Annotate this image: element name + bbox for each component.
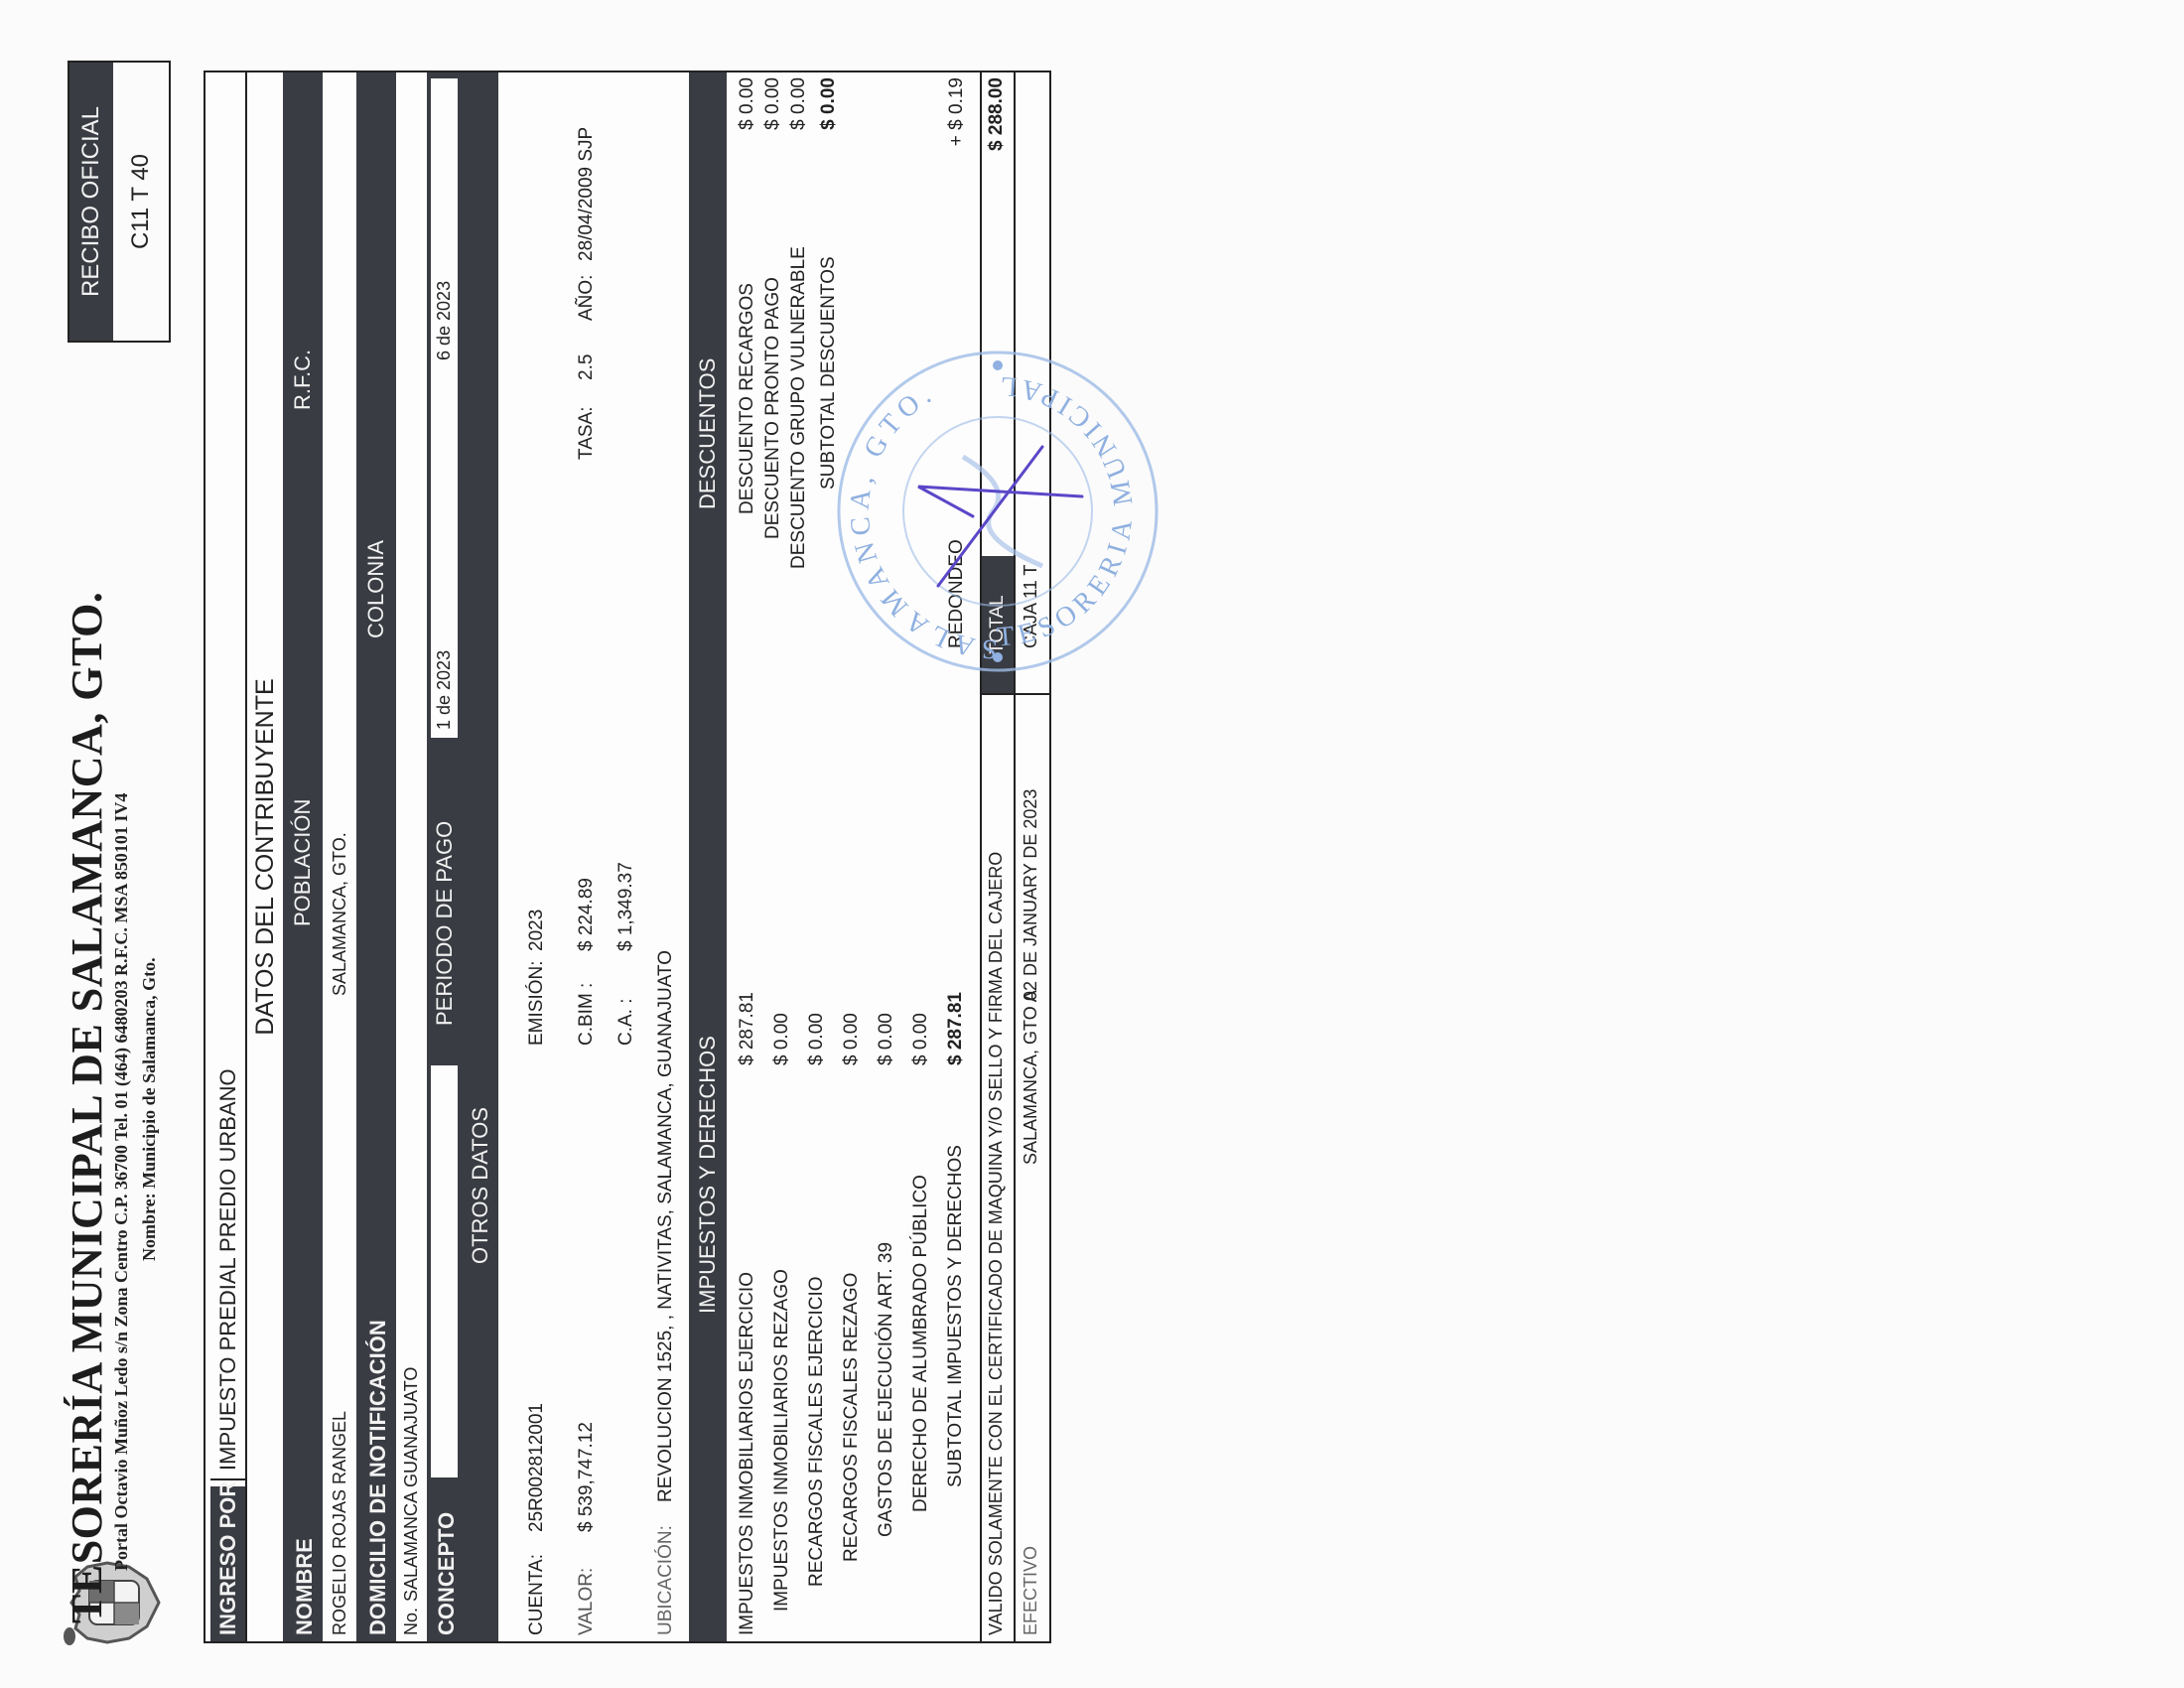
domicilio-value: SALAMANCA GUANAJUATO <box>396 1367 427 1602</box>
ca-label: C.A. : <box>615 998 637 1046</box>
descuento-item-label: DESCUENTO PRONTO PAGO <box>762 277 784 539</box>
impuesto-item-amount: $ 0.00 <box>841 926 863 1065</box>
otros-datos-body: CUENTA: 25R002812001 EMISIÓN: 2023 VALOR… <box>498 72 687 1641</box>
ingreso-value: IMPUESTO PREDIAL PREDIO URBANO <box>210 72 246 1480</box>
periodo-desde: 1 de 2023 <box>431 650 458 730</box>
issuer-name-line: Nombre: Municipio de Salamanca, Gto. <box>139 957 160 1261</box>
section-bar: IMPUESTOS Y DERECHOS DESCUENTOS <box>689 72 727 1641</box>
emision-value: 2023 <box>526 910 548 951</box>
receipt-number: C11 T 40 <box>113 63 169 341</box>
cbim-value: $ 224.89 <box>576 878 598 951</box>
descuento-item-amount: $ 0.00 <box>762 77 784 216</box>
receipt-number-box: RECIBO OFICIAL C11 T 40 <box>68 61 171 343</box>
contribuyente-title: DATOS DEL CONTRIBUYENTE <box>251 678 279 1035</box>
ano-value: 28/04/2009 SJP <box>576 127 598 261</box>
valor-label: VALOR: <box>576 1568 598 1635</box>
ca-value: $ 1,349.37 <box>615 862 637 951</box>
ubicacion-value: REVOLUCION 1525, , NATIVITAS, SALAMANCA,… <box>655 950 677 1502</box>
contribuyente-header-row: NOMBRE POBLACIÓN R.F.C. <box>283 72 323 1641</box>
total-amount: $ 288.00 <box>986 77 1008 216</box>
periodo-values: 1 de 2023 6 de 2023 <box>431 78 458 738</box>
descuento-item-label: DESCUENTO GRUPO VULNERABLE <box>788 246 810 569</box>
periodo-hasta: 6 de 2023 <box>431 281 458 360</box>
descuento-item-label: DESCUENTO RECARGOS <box>737 283 758 514</box>
domicilio-values-row: No. SALAMANCA GUANAJUATO <box>396 72 427 1641</box>
payment-method: EFECTIVO <box>1021 1546 1041 1635</box>
stamp-text-bottom: TESORERIA MUNICIPAL <box>994 370 1140 653</box>
ano-label: AÑO: <box>576 275 598 321</box>
receipt-page: TESORERÍA MUNICIPAL DE SALAMANCA, GTO. P… <box>0 0 2184 1688</box>
impuesto-item-amount: $ 0.00 <box>910 926 932 1065</box>
nombre-value: ROGELIO ROJAS RANGEL <box>323 1411 356 1635</box>
impuestos-subtotal-label: SUBTOTAL IMPUESTOS Y DERECHOS <box>945 1145 967 1487</box>
periodo-label: PERIODO DE PAGO <box>427 821 462 1026</box>
impuesto-item-label: IMPUESTOS INMOBILIARIOS REZAGO <box>771 1269 793 1612</box>
concepto-value <box>431 1065 458 1477</box>
nombre-label: NOMBRE <box>283 1538 323 1635</box>
cbim-label: C.BIM : <box>576 983 598 1046</box>
impuestos-title: IMPUESTOS Y DERECHOS <box>689 1036 727 1314</box>
issue-date: 02 DE JANUARY DE 2023 <box>1021 789 1041 1001</box>
descuento-item-amount: $ 0.00 <box>737 77 758 216</box>
valor-value: $ 539,747.12 <box>576 1422 598 1532</box>
impuesto-item-amount: $ 0.00 <box>876 926 897 1065</box>
tasa-value: 2.5 <box>576 354 598 380</box>
issue-place: SALAMANCA, GTO A <box>1021 990 1041 1165</box>
descuento-item-amount: $ 0.00 <box>788 77 810 216</box>
ingreso-label: INGRESO POR <box>210 1486 246 1641</box>
poblacion-label: POBLACIÓN <box>283 799 323 926</box>
descuentos-subtotal-amount: $ 0.00 <box>818 77 840 216</box>
impuesto-item-label: IMPUESTOS INMOBILIARIOS EJERCICIO <box>737 1272 758 1635</box>
concepto-label: CONCEPTO <box>427 1512 462 1635</box>
domicilio-no-label: No. <box>396 1608 427 1635</box>
impuesto-item-amount: $ 287.81 <box>737 926 758 1065</box>
emision-label: EMISIÓN: <box>526 960 548 1046</box>
ubicacion-label: UBICACIÓN: <box>655 1525 677 1635</box>
concepto-row: CONCEPTO PERIODO DE PAGO 1 de 2023 6 de … <box>427 72 462 1641</box>
impuesto-item-label: RECARGOS FISCALES REZAGO <box>841 1273 863 1562</box>
impuesto-item-amount: $ 0.00 <box>771 926 793 1065</box>
cuenta-value: 25R002812001 <box>526 1403 548 1532</box>
contribuyente-title-row: DATOS DEL CONTRIBUYENTE <box>247 72 283 1641</box>
cuenta-label: CUENTA: <box>526 1554 548 1635</box>
validity-note: VALIDO SOLAMENTE CON EL CERTIFICADO DE M… <box>986 852 1007 1635</box>
impuestos-subtotal-amount: $ 287.81 <box>945 926 967 1065</box>
svg-text:TESORERIA MUNICIPAL: TESORERIA MUNICIPAL <box>994 370 1140 653</box>
impuesto-item-label: GASTOS DE EJECUCIÓN ART. 39 <box>876 1242 897 1537</box>
issuer-address: Portal Octavio Muñoz Ledo s/n Zona Centr… <box>111 793 132 1571</box>
rfc-label: R.F.C. <box>283 350 323 410</box>
colonia-label: COLONIA <box>356 540 396 638</box>
descuentos-title: DESCUENTOS <box>689 358 727 509</box>
redondeo-amount: + $ 0.19 <box>946 77 968 216</box>
tasa-label: TASA: <box>576 407 598 461</box>
treasury-seal-stamp-icon: SALAMANCA, GTO. TESORERIA MUNICIPAL <box>824 338 1171 685</box>
impuesto-item-label: RECARGOS FISCALES EJERCICIO <box>806 1276 828 1587</box>
domicilio-header-row: DOMICILIO DE NOTIFICACIÓN COLONIA <box>356 72 396 1641</box>
receipt-table: INGRESO POR IMPUESTO PREDIAL PREDIO URBA… <box>204 70 1051 1643</box>
impuesto-item-amount: $ 0.00 <box>806 926 828 1065</box>
issuer-title: TESORERÍA MUNICIPAL DE SALAMANCA, GTO. <box>62 592 112 1623</box>
domicilio-label: DOMICILIO DE NOTIFICACIÓN <box>356 1320 396 1635</box>
poblacion-value: SALAMANCA, GTO. <box>323 832 356 996</box>
otros-datos-header: OTROS DATOS <box>462 72 498 1641</box>
contribuyente-values-row: ROGELIO ROJAS RANGEL SALAMANCA, GTO. <box>323 72 356 1641</box>
signature-mark <box>918 447 1082 586</box>
impuesto-item-label: DERECHO DE ALUMBRADO PÚBLICO <box>910 1175 932 1512</box>
receipt-label: RECIBO OFICIAL <box>69 63 113 341</box>
ingreso-row: INGRESO POR IMPUESTO PREDIAL PREDIO URBA… <box>210 72 246 1641</box>
otros-datos-title: OTROS DATOS <box>462 1107 498 1264</box>
